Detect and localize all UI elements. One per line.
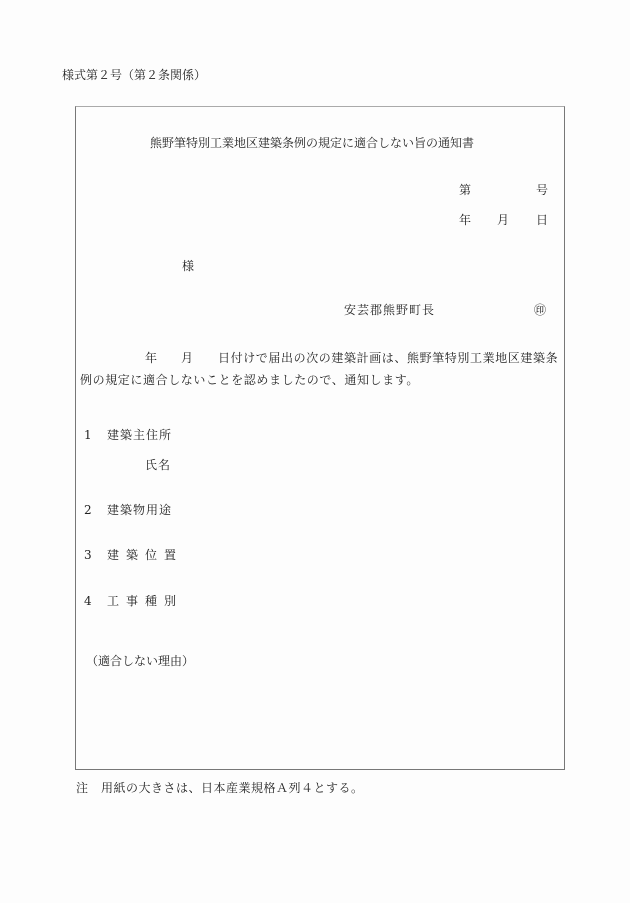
number-suffix: 号 <box>536 182 548 198</box>
item-3-label: 建築位置 <box>107 547 183 563</box>
item-1-label: 建築主住所 <box>107 427 172 443</box>
date-day: 日 <box>536 212 548 228</box>
body-text-line1: 日付けで届出の次の建築計画は、熊野筆特別工業地区建築条 <box>218 350 558 366</box>
footnote: 注 用紙の大きさは、日本産業規格Ａ列４とする。 <box>76 780 364 796</box>
addressee-suffix: 様 <box>182 258 194 274</box>
item-3-number: 3 <box>84 547 92 563</box>
body-month: 月 <box>181 350 193 366</box>
item-4-number: 4 <box>84 593 92 609</box>
reason-label: （適合しない理由） <box>86 653 194 669</box>
item-2-label: 建築物用途 <box>107 502 172 518</box>
body-year: 年 <box>145 350 157 366</box>
item-4-label: 工事種別 <box>107 593 183 609</box>
document-title: 熊野筆特別工業地区建築条例の規定に適合しない旨の通知書 <box>150 135 474 151</box>
seal-icon: ㊞ <box>534 302 546 318</box>
item-2-number: 2 <box>84 502 92 518</box>
issuer-name: 安芸郡熊野町長 <box>344 302 435 318</box>
item-1-number: 1 <box>84 427 92 443</box>
date-year: 年 <box>459 212 471 228</box>
form-label: 様式第２号（第２条関係） <box>62 67 206 83</box>
number-prefix: 第 <box>459 182 471 198</box>
body-text-line2: 例の規定に適合しないことを認めましたので、通知します。 <box>80 372 419 388</box>
date-month: 月 <box>497 212 509 228</box>
item-name-label: 氏名 <box>145 457 171 473</box>
